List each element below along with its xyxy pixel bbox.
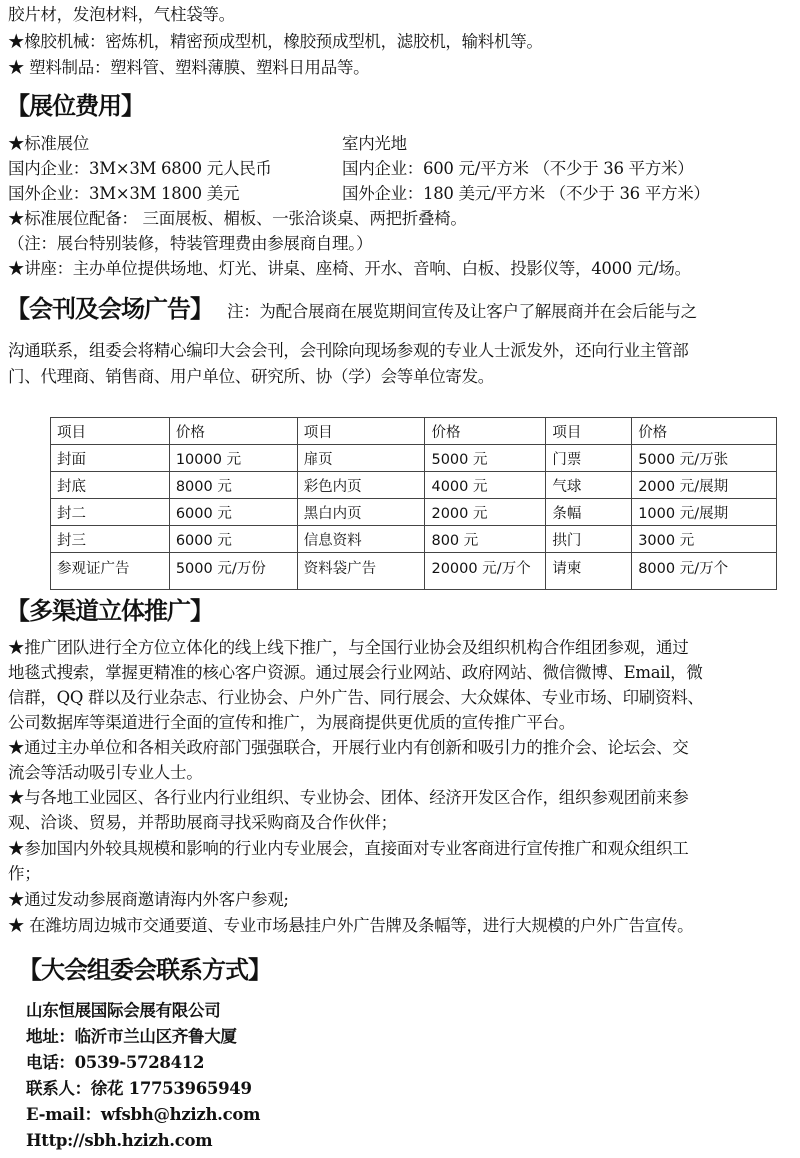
booth-equipment: ★标准展位配备： 三面展板、楣板、一张洽谈桌、两把折叠椅。 — [8, 208, 467, 230]
booth-decoration-note: （注：展台特别装修，特装管理费由参展商自理。） — [8, 233, 372, 255]
promotion-line: ★通过发动参展商邀请海内外客户参观; — [8, 889, 289, 911]
table-cell: 2000 元 — [425, 499, 546, 526]
table-cell: 扉页 — [297, 445, 425, 472]
advertising-heading-text: 【会刊及会场广告】 — [6, 295, 213, 323]
table-cell: 参观证广告 — [51, 553, 170, 590]
promotion-line: ★通过主办单位和各相关政府部门强强联合，开展行业内有创新和吸引力的推介会、论坛会… — [8, 737, 688, 759]
intro-line-plastic-products: ★ 塑料制品：塑料管、塑料薄膜、塑料日用品等。 — [8, 57, 369, 79]
table-cell: 封三 — [51, 526, 170, 553]
promotion-line: ★与各地工业园区、各行业内行业组织、专业协会、团体、经济开发区合作，组织参观团前… — [8, 787, 688, 809]
table-row: 封面 10000 元 扉页 5000 元 门票 5000 元/万张 — [51, 445, 777, 472]
contact-address: 地址：临沂市兰山区齐鲁大厦 — [26, 1024, 237, 1050]
indoor-space-domestic: 国内企业：600 元/平方米 （不少于 36 平方米） — [342, 158, 693, 180]
promotion-heading: 【多渠道立体推广】 — [6, 596, 213, 626]
standard-booth-title: ★标准展位 — [8, 133, 89, 155]
table-row: 参观证广告 5000 元/万份 资料袋广告 20000 元/万个 请柬 8000… — [51, 553, 777, 590]
promotion-line: ★ 在潍坊周边城市交通要道、专业市场悬挂户外广告牌及条幅等，进行大规模的户外广告… — [8, 915, 693, 937]
indoor-space-foreign: 国外企业：180 美元/平方米 （不少于 36 平方米） — [342, 183, 710, 205]
table-cell: 6000 元 — [169, 499, 297, 526]
advertising-price-table: 项目 价格 项目 价格 项目 价格 封面 10000 元 扉页 5000 元 门… — [50, 417, 777, 590]
table-cell: 彩色内页 — [297, 472, 425, 499]
advertising-note: 注：为配合展商在展览期间宣传及让客户了解展商并在会后能与之 — [227, 302, 697, 321]
standard-booth-domestic: 国内企业：3M×3M 6800 元人民币 — [8, 158, 272, 180]
table-cell: 5000 元 — [425, 445, 546, 472]
intro-line: 胶片材，发泡材料，气柱袋等。 — [8, 4, 235, 26]
contact-person: 联系人：徐花 17753965949 — [26, 1076, 252, 1102]
table-cell: 4000 元 — [425, 472, 546, 499]
promotion-line: 观、洽谈、贸易，并帮助展商寻找采购商及合作伙伴； — [8, 812, 397, 834]
header-cell: 项目 — [546, 418, 632, 445]
table-cell: 封二 — [51, 499, 170, 526]
standard-booth-foreign: 国外企业：3M×3M 1800 美元 — [8, 183, 239, 205]
advertising-note-line: 沟通联系，组委会将精心编印大会会刊，会刊除向现场参观的专业人士派发外，还向行业主… — [8, 340, 688, 362]
table-row: 封二 6000 元 黑白内页 2000 元 条幅 1000 元/展期 — [51, 499, 777, 526]
table-cell: 气球 — [546, 472, 632, 499]
table-row: 封底 8000 元 彩色内页 4000 元 气球 2000 元/展期 — [51, 472, 777, 499]
contact-company: 山东恒展国际会展有限公司 — [26, 998, 220, 1024]
lecture-fee: ★讲座：主办单位提供场地、灯光、讲桌、座椅、开水、音响、白板、投影仪等，4000… — [8, 258, 691, 280]
table-cell: 3000 元 — [632, 526, 777, 553]
table-cell: 2000 元/展期 — [632, 472, 777, 499]
promotion-line: 作； — [8, 863, 40, 885]
indoor-space-title: 室内光地 — [342, 133, 407, 155]
promotion-line: 信群，QQ 群以及行业杂志、行业协会、户外广告、同行展会、大众媒体、专业市场、印… — [8, 687, 704, 709]
header-cell: 项目 — [51, 418, 170, 445]
table-cell: 8000 元/万个 — [632, 553, 777, 590]
table-cell: 请柬 — [546, 553, 632, 590]
contact-heading: 【大会组委会联系方式】 — [18, 955, 271, 985]
contact-website[interactable]: Http://sbh.hzizh.com — [26, 1128, 212, 1154]
advertising-heading: 【会刊及会场广告】注：为配合展商在展览期间宣传及让客户了解展商并在会后能与之 — [6, 294, 697, 327]
table-cell: 封底 — [51, 472, 170, 499]
table-cell: 6000 元 — [169, 526, 297, 553]
table-cell: 信息资料 — [297, 526, 425, 553]
promotion-line: 流会等活动吸引专业人士。 — [8, 762, 202, 784]
table-cell: 5000 元/万张 — [632, 445, 777, 472]
promotion-line: ★推广团队进行全方位立体化的线上线下推广，与全国行业协会及组织机构合作组团参观，… — [8, 637, 688, 659]
table-cell: 10000 元 — [169, 445, 297, 472]
table-cell: 条幅 — [546, 499, 632, 526]
contact-email[interactable]: E-mail：wfsbh@hzizh.com — [26, 1102, 260, 1128]
table-cell: 8000 元 — [169, 472, 297, 499]
table-cell: 封面 — [51, 445, 170, 472]
table-cell: 20000 元/万个 — [425, 553, 546, 590]
header-cell: 价格 — [632, 418, 777, 445]
promotion-line: 公司数据库等渠道进行全面的宣传和推广，为展商提供更优质的宣传推广平台。 — [8, 712, 575, 734]
table-cell: 800 元 — [425, 526, 546, 553]
header-cell: 项目 — [297, 418, 425, 445]
table-cell: 资料袋广告 — [297, 553, 425, 590]
promotion-line: ★参加国内外较具规模和影响的行业内专业展会，直接面对专业客商进行宣传推广和观众组… — [8, 838, 688, 860]
booth-fees-heading: 【展位费用】 — [6, 91, 144, 121]
table-header-row: 项目 价格 项目 价格 项目 价格 — [51, 418, 777, 445]
table-cell: 门票 — [546, 445, 632, 472]
table-cell: 黑白内页 — [297, 499, 425, 526]
header-cell: 价格 — [169, 418, 297, 445]
advertising-note-line: 门、代理商、销售商、用户单位、研究所、协（学）会等单位寄发。 — [8, 366, 494, 388]
table-cell: 拱门 — [546, 526, 632, 553]
intro-line-rubber-machinery: ★橡胶机械：密炼机，精密预成型机，橡胶预成型机，滤胶机，输料机等。 — [8, 31, 543, 53]
contact-phone: 电话：0539-5728412 — [26, 1050, 204, 1076]
table-cell: 5000 元/万份 — [169, 553, 297, 590]
promotion-line: 地毯式搜索，掌握更精准的核心客户资源。通过展会行业网站、政府网站、微信微博、Em… — [8, 662, 703, 684]
table-cell: 1000 元/展期 — [632, 499, 777, 526]
header-cell: 价格 — [425, 418, 546, 445]
table-row: 封三 6000 元 信息资料 800 元 拱门 3000 元 — [51, 526, 777, 553]
